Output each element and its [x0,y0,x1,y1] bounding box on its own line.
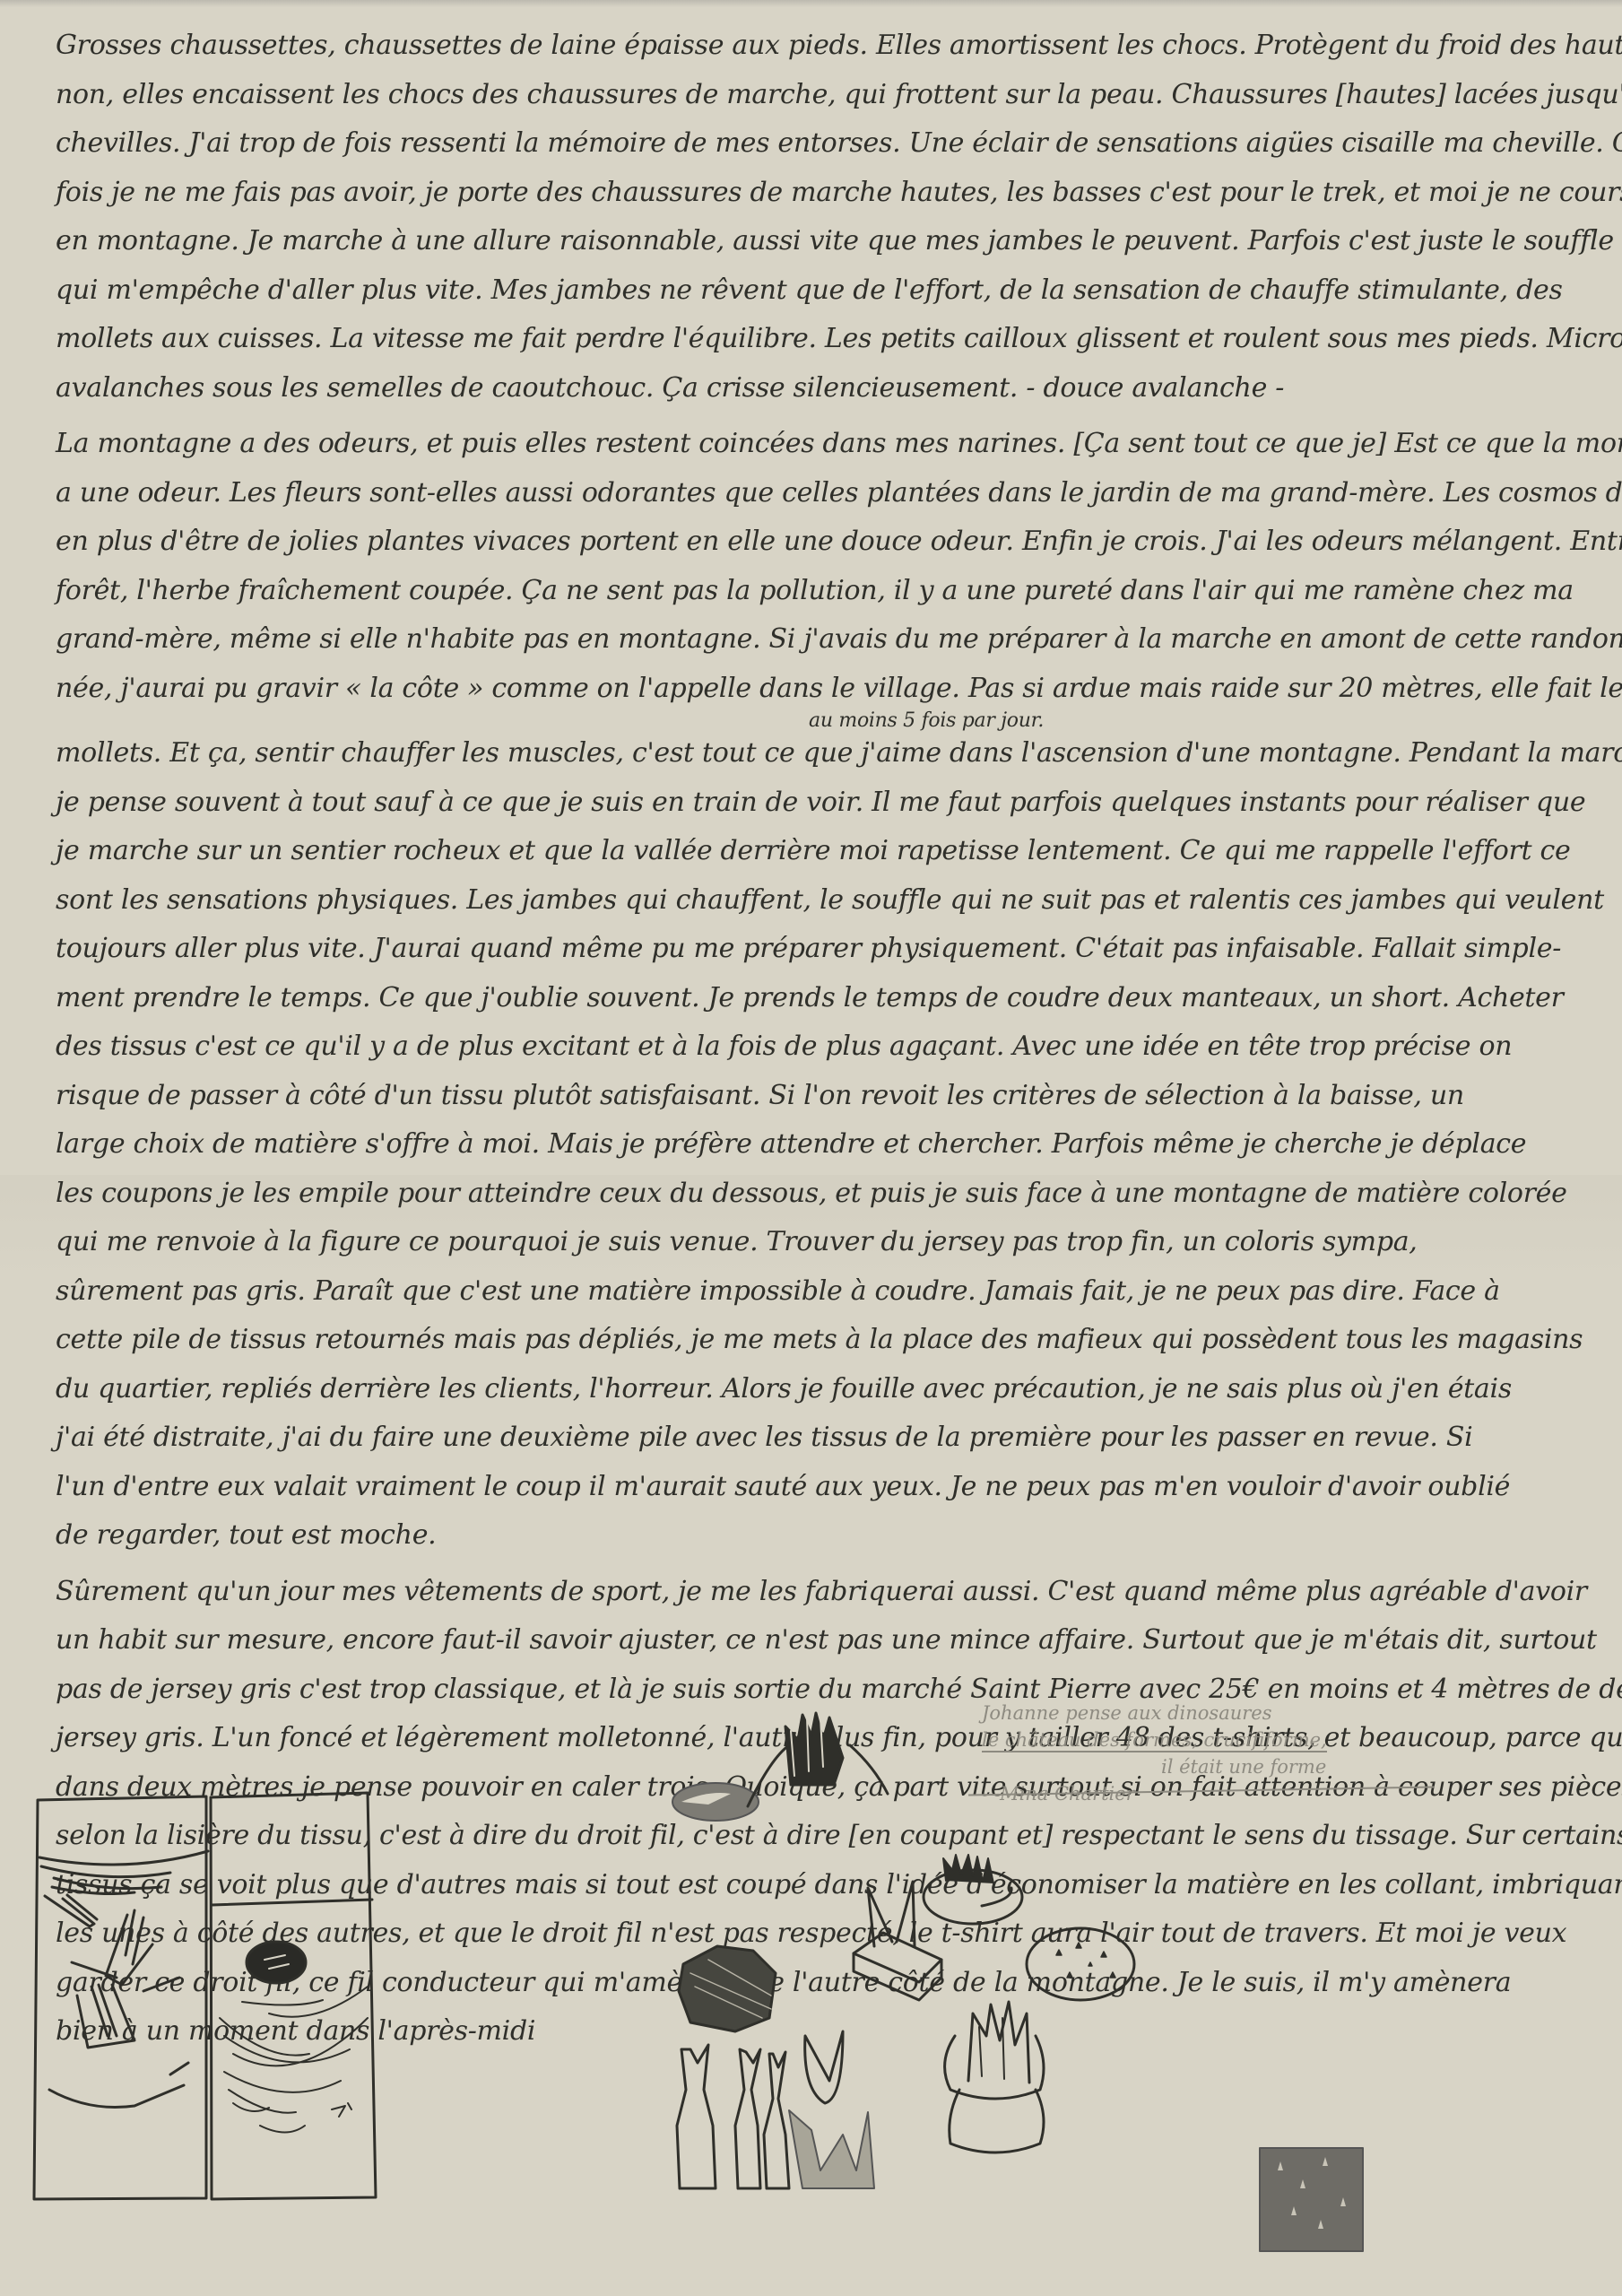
drawing-speckled-oval [1027,1928,1134,2000]
text-line: l'un d'entre eux valait vraiment le coup… [56,1463,1580,1512]
text-line: sont les sensations physiques. Les jambe… [56,876,1580,926]
drawing-two-shards-on-block [854,1882,941,2000]
text-line: les coupons je les empile pour atteindre… [56,1170,1580,1219]
drawing-grey-oval-stone [672,1783,759,1821]
text-line: ment prendre le temps. Ce que j'oublie s… [56,974,1580,1023]
text-line: qui m'empêche d'aller plus vite. Mes jam… [56,266,1580,316]
text-line: qui me renvoie à la figure ce pourquoi j… [56,1218,1580,1267]
text-line: forêt, l'herbe fraîchement coupée. Ça ne… [56,567,1580,616]
drawing-plate-with-crystals [924,1855,1022,1924]
text-line: large choix de matière s'offre à moi. Ma… [56,1120,1580,1170]
text-line: mollets. Et ça, sentir chauffer les musc… [56,729,1580,778]
text-line: non, elles encaissent les chocs des chau… [56,71,1580,120]
paragraph-1: Grosses chaussettes, chaussettes de lain… [56,22,1580,413]
drawing-panel-right [211,1793,376,2199]
text-line: risque de passer à côté d'un tissu plutô… [56,1072,1580,1121]
text-line: Grosses chaussettes, chaussettes de lain… [56,22,1580,71]
text-line: pas de jersey gris c'est trop classique,… [56,1665,1580,1715]
drawing-shards-on-stacked-stones [945,2002,1044,2152]
text-line: avalanches sous les semelles de caoutcho… [56,364,1580,413]
text-line: j'ai été distraite, j'ai du faire une de… [56,1413,1580,1463]
text-line: en plus d'être de jolies plantes vivaces… [56,517,1580,567]
text-line: en montagne. Je marche à une allure rais… [56,217,1580,266]
text-line: fois je ne me fais pas avoir, je porte d… [56,169,1580,218]
drawing-v-shape-and-grey-crown [789,2031,874,2188]
drawing-three-forked-stalks [677,2045,789,2188]
pencil-note-line: Johanne pense aux dinosaures [982,1700,1327,1726]
text-line: a une odeur. Les fleurs sont-elles aussi… [56,469,1580,518]
text-line: sûrement pas gris. Paraît que c'est une … [56,1267,1580,1317]
text-line: chevilles. J'ai trop de fois ressenti la… [56,119,1580,169]
text-line: un habit sur mesure, encore faut-il savo… [56,1616,1580,1665]
text-line: mollets aux cuisses. La vitesse me fait … [56,315,1580,364]
text-line: née, j'aurai pu gravir « la côte » comme… [56,665,1580,714]
text-line: toujours aller plus vite. J'aurai quand … [56,925,1580,974]
text-line: de regarder, tout est moche. [56,1511,1580,1561]
drawing-hatched-boulder [679,1946,776,2031]
paper-top-edge [0,0,1622,7]
drawings-area [0,1758,1622,2296]
text-line: je pense souvent à tout sauf à ce que je… [56,778,1580,828]
text-line: cette pile de tissus retournés mais pas … [56,1316,1580,1365]
drawing-grey-square [1260,2148,1363,2251]
text-line: grand-mère, même si elle n'habite pas en… [56,615,1580,665]
paragraph-2: La montagne a des odeurs, et puis elles … [56,420,1580,1561]
text-line: je marche sur un sentier rocheux et que … [56,827,1580,876]
pencil-note-line: le château des formes, crucififorme, [982,1726,1327,1753]
text-line: Sûrement qu'un jour mes vêtements de spo… [56,1568,1580,1617]
text-line: La montagne a des odeurs, et puis elles … [56,420,1580,469]
drawing-panel-left [34,1796,208,2199]
text-line: des tissus c'est ce qu'il y a de plus ex… [56,1022,1580,1072]
text-line: du quartier, repliés derrière les client… [56,1365,1580,1414]
